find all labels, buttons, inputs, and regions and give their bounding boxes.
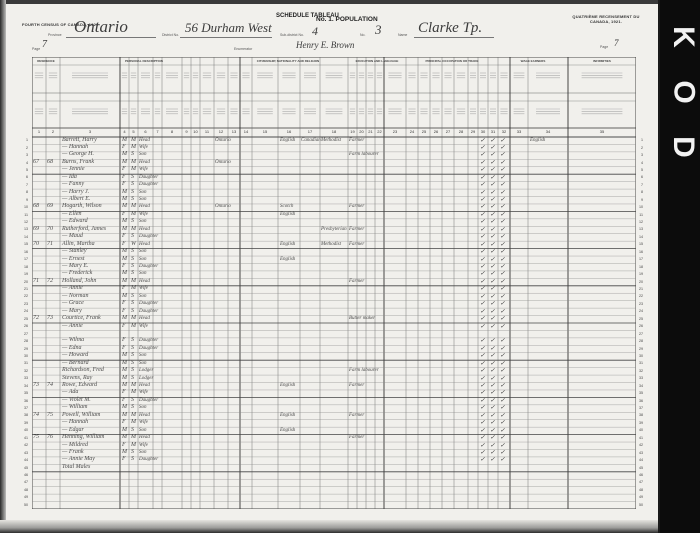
census-page: FOURTH CENSUS OF CANADA, 1921. Province …	[0, 0, 658, 533]
relationship: Son	[139, 151, 147, 158]
municipality-underline	[414, 37, 494, 38]
education-check-mark: ✓	[480, 382, 485, 389]
education-check-mark: ✓	[490, 419, 495, 426]
occupation: Farmer	[349, 278, 364, 285]
marital-status: S	[131, 300, 134, 307]
row-number: 19	[18, 272, 28, 276]
row-number: 38	[633, 413, 643, 417]
relationship: Daughter	[139, 337, 158, 344]
racial-origin: English	[280, 412, 295, 419]
education-check-mark: ✓	[500, 263, 505, 270]
row-number: 40	[18, 428, 28, 432]
column-number: 22	[373, 129, 387, 134]
row-number: 39	[18, 421, 28, 425]
family-number: 68	[47, 159, 53, 166]
section-heading: CITIZENSHIP, NATIONALITY AND RELIGION	[228, 59, 348, 63]
marital-status: M	[131, 226, 136, 233]
education-check-mark: ✓	[500, 300, 505, 307]
education-check-mark: ✓	[480, 442, 485, 449]
column-number: 34	[541, 129, 555, 134]
row-number: 1	[633, 138, 643, 142]
row-number: 17	[18, 257, 28, 261]
education-check-mark: ✓	[480, 241, 485, 248]
education-check-mark: ✓	[490, 285, 495, 292]
education-check-mark: ✓	[500, 375, 505, 382]
marital-status: M	[131, 285, 136, 292]
row-number: 29	[18, 347, 28, 351]
row-number: 7	[633, 183, 643, 187]
education-check-mark: ✓	[490, 397, 495, 404]
row-number: 24	[18, 309, 28, 313]
sex: F	[122, 337, 126, 344]
person-name: Burns, Frank	[62, 159, 94, 166]
marital-status: S	[131, 352, 134, 359]
row-number: 34	[18, 384, 28, 388]
scan-edge-left	[0, 0, 6, 533]
education-check-mark: ✓	[490, 456, 495, 463]
district-label: District No.	[162, 33, 179, 37]
occupation: Farmer	[349, 137, 364, 144]
person-name: — Violet M.	[62, 397, 91, 404]
row-number: 9	[18, 198, 28, 202]
row-number: 11	[18, 213, 28, 217]
sex: F	[122, 233, 126, 240]
birthplace: Ontario	[215, 203, 231, 210]
column-number: 15	[258, 129, 272, 134]
education-check-mark: ✓	[480, 419, 485, 426]
education-check-mark: ✓	[480, 233, 485, 240]
sex: F	[122, 285, 126, 292]
row-number: 48	[18, 488, 28, 492]
sex: M	[122, 375, 127, 382]
education-check-mark: ✓	[500, 315, 505, 322]
education-check-mark: ✓	[500, 449, 505, 456]
sex: M	[122, 248, 127, 255]
person-name: — Edward	[62, 218, 88, 225]
education-check-mark: ✓	[480, 367, 485, 374]
education-check-mark: ✓	[500, 159, 505, 166]
person-name: Courtice, Frank	[62, 315, 101, 322]
person-name: — Mary E.	[62, 263, 89, 270]
person-name: — Norman	[62, 293, 89, 300]
sex: M	[122, 137, 127, 144]
education-check-mark: ✓	[490, 174, 495, 181]
row-number: 28	[18, 339, 28, 343]
family-number: 73	[47, 315, 53, 322]
municipality-label: Name	[398, 33, 407, 37]
language: English	[530, 137, 545, 144]
marital-status: W	[131, 241, 136, 248]
marital-status: M	[131, 382, 136, 389]
education-check-mark: ✓	[480, 337, 485, 344]
marital-status: S	[131, 375, 134, 382]
education-check-mark: ✓	[490, 352, 495, 359]
marital-status: S	[131, 189, 134, 196]
row-number: 37	[633, 406, 643, 410]
sex: M	[122, 151, 127, 158]
relationship: Lodger	[139, 367, 153, 374]
education-check-mark: ✓	[480, 427, 485, 434]
row-number: 25	[18, 317, 28, 321]
row-number: 33	[633, 376, 643, 380]
relationship: Daughter	[139, 233, 158, 240]
row-number: 4	[18, 161, 28, 165]
person-name: — Annie	[62, 285, 83, 292]
education-check-mark: ✓	[500, 434, 505, 441]
relationship: Head	[139, 137, 150, 144]
row-number: 13	[18, 227, 28, 231]
enumeration-value: 3	[375, 22, 382, 38]
section-heading: WAGE EARNERS	[498, 59, 568, 63]
education-check-mark: ✓	[500, 419, 505, 426]
marital-status: S	[131, 218, 134, 225]
person-name: — Edgar	[62, 427, 84, 434]
education-check-mark: ✓	[490, 404, 495, 411]
education-check-mark: ✓	[500, 218, 505, 225]
education-check-mark: ✓	[500, 285, 505, 292]
education-check-mark: ✓	[500, 345, 505, 352]
education-check-mark: ✓	[500, 256, 505, 263]
marital-status: S	[131, 196, 134, 203]
education-check-mark: ✓	[480, 375, 485, 382]
row-number: 12	[18, 220, 28, 224]
relationship: Son	[139, 293, 147, 300]
row-number: 13	[633, 227, 643, 231]
education-check-mark: ✓	[480, 300, 485, 307]
education-check-mark: ✓	[490, 449, 495, 456]
religion: Methodist	[321, 241, 341, 248]
marital-status: S	[131, 308, 134, 315]
person-name: — Hannah	[62, 419, 88, 426]
education-check-mark: ✓	[500, 367, 505, 374]
province-value: Ontario	[74, 17, 128, 37]
relationship: Son	[139, 256, 147, 263]
row-number: 4	[633, 161, 643, 165]
marital-status: M	[131, 323, 136, 330]
row-number: 21	[633, 287, 643, 291]
row-number: 46	[18, 473, 28, 477]
racial-origin: English	[280, 256, 295, 263]
person-name: Barrett, Harry	[62, 137, 97, 144]
education-check-mark: ✓	[480, 456, 485, 463]
row-number: 28	[633, 339, 643, 343]
dwelling-number: 69	[33, 226, 39, 233]
sex: F	[122, 389, 126, 396]
sex: M	[122, 315, 127, 322]
row-number: 15	[18, 242, 28, 246]
sex: F	[122, 211, 126, 218]
row-number: 45	[18, 466, 28, 470]
racial-origin: English	[280, 137, 295, 144]
sex: F	[122, 174, 126, 181]
district-underline	[180, 37, 272, 38]
education-check-mark: ✓	[490, 203, 495, 210]
education-check-mark: ✓	[480, 166, 485, 173]
dwelling-number: 68	[33, 203, 39, 210]
sex: M	[122, 196, 127, 203]
education-check-mark: ✓	[490, 337, 495, 344]
province-underline	[66, 37, 156, 38]
person-name: Stevens, Ray	[62, 375, 92, 382]
birthplace: Ontario	[215, 137, 231, 144]
row-number: 9	[633, 198, 643, 202]
row-number: 2	[18, 146, 28, 150]
person-name: Henning, William	[62, 434, 104, 441]
sex: M	[122, 189, 127, 196]
sex: M	[122, 293, 127, 300]
section-heading: PRINCIPAL OCCUPATION OR TRADE	[406, 59, 498, 63]
person-name: — Grace	[62, 300, 84, 307]
row-number: 1	[18, 138, 28, 142]
person-name: — Ernest	[62, 256, 85, 263]
education-check-mark: ✓	[480, 248, 485, 255]
section-heading: PERSONAL DESCRIPTION	[60, 59, 228, 63]
person-name: — George H.	[62, 151, 94, 158]
scan-edge-top	[0, 0, 658, 4]
row-number: 27	[633, 332, 643, 336]
person-name: — Harry J.	[62, 189, 89, 196]
education-check-mark: ✓	[480, 174, 485, 181]
education-check-mark: ✓	[500, 397, 505, 404]
watermark-letter: O	[667, 80, 700, 103]
education-check-mark: ✓	[500, 308, 505, 315]
person-name: — Mildred	[62, 442, 88, 449]
marital-status: S	[131, 397, 134, 404]
education-check-mark: ✓	[490, 189, 495, 196]
education-check-mark: ✓	[480, 181, 485, 188]
watermark-letter: K	[666, 26, 700, 48]
district-value: 56 Durham West	[185, 20, 272, 36]
relationship: Son	[139, 404, 147, 411]
sex: M	[122, 203, 127, 210]
person-name: Rowe, Edward	[62, 382, 97, 389]
watermark-letter: D	[666, 136, 700, 158]
relationship: Daughter	[139, 263, 158, 270]
person-name: Richardson, Fred	[62, 367, 104, 374]
row-number: 8	[18, 190, 28, 194]
education-check-mark: ✓	[500, 270, 505, 277]
relationship: Son	[139, 427, 147, 434]
enumerator-label: Enumerator	[234, 47, 252, 51]
education-check-mark: ✓	[490, 389, 495, 396]
section-heading: RESIDENCE	[32, 59, 60, 63]
education-check-mark: ✓	[480, 196, 485, 203]
column-number: 32	[497, 129, 511, 134]
education-check-mark: ✓	[480, 389, 485, 396]
row-number: 23	[633, 302, 643, 306]
relationship: Head	[139, 159, 150, 166]
column-number: 14	[239, 129, 253, 134]
person-name: Rutherford, James	[62, 226, 106, 233]
column-number: 17	[303, 129, 317, 134]
column-number: 11	[200, 129, 214, 134]
education-check-mark: ✓	[490, 263, 495, 270]
education-check-mark: ✓	[480, 308, 485, 315]
sex: F	[122, 442, 126, 449]
sex: F	[122, 241, 126, 248]
row-number: 44	[18, 458, 28, 462]
education-check-mark: ✓	[500, 360, 505, 367]
row-number: 49	[633, 495, 643, 499]
education-check-mark: ✓	[490, 181, 495, 188]
education-check-mark: ✓	[490, 144, 495, 151]
education-check-mark: ✓	[480, 360, 485, 367]
sex: F	[122, 419, 126, 426]
education-check-mark: ✓	[490, 241, 495, 248]
occupation: Farmer	[349, 434, 364, 441]
enumerator-value: Henry E. Brown	[296, 40, 354, 50]
column-number: 7	[151, 129, 165, 134]
marital-status: M	[131, 166, 136, 173]
row-number: 21	[18, 287, 28, 291]
occupation: Farmer	[349, 226, 364, 233]
row-number: 2	[633, 146, 643, 150]
education-check-mark: ✓	[500, 203, 505, 210]
row-number: 41	[18, 436, 28, 440]
marital-status: S	[131, 233, 134, 240]
education-check-mark: ✓	[500, 456, 505, 463]
education-check-mark: ✓	[480, 189, 485, 196]
column-number: 18	[327, 129, 341, 134]
relationship: Son	[139, 270, 147, 277]
relationship: Head	[139, 315, 150, 322]
relationship: Daughter	[139, 308, 158, 315]
relationship: Wife	[139, 144, 148, 151]
marital-status: M	[131, 419, 136, 426]
education-check-mark: ✓	[490, 233, 495, 240]
marital-status: M	[131, 278, 136, 285]
page-value-right: 7	[614, 38, 619, 48]
row-number: 36	[18, 399, 28, 403]
occupation: Farmer	[349, 382, 364, 389]
column-number: 2	[46, 129, 60, 134]
sex: M	[122, 449, 127, 456]
marital-status: M	[131, 144, 136, 151]
marital-status: S	[131, 151, 134, 158]
row-number: 26	[633, 324, 643, 328]
relationship: Lodger	[139, 375, 153, 382]
education-check-mark: ✓	[480, 211, 485, 218]
row-number: 17	[633, 257, 643, 261]
sex: M	[122, 367, 127, 374]
education-check-mark: ✓	[480, 278, 485, 285]
education-check-mark: ✓	[490, 218, 495, 225]
row-number: 14	[633, 235, 643, 239]
person-name: — Howard	[62, 352, 88, 359]
marital-status: S	[131, 367, 134, 374]
education-check-mark: ✓	[490, 278, 495, 285]
column-number: 35	[595, 129, 609, 134]
row-number: 5	[633, 168, 643, 172]
relationship: Son	[139, 352, 147, 359]
marital-status: S	[131, 360, 134, 367]
marital-status: S	[131, 449, 134, 456]
person-name: — Frank	[62, 449, 84, 456]
education-check-mark: ✓	[500, 404, 505, 411]
row-number: 6	[18, 175, 28, 179]
education-check-mark: ✓	[490, 375, 495, 382]
column-number: 3	[83, 129, 97, 134]
sex: M	[122, 360, 127, 367]
row-number: 22	[18, 294, 28, 298]
column-number: 1	[32, 129, 46, 134]
education-check-mark: ✓	[500, 174, 505, 181]
row-number: 39	[633, 421, 643, 425]
education-check-mark: ✓	[480, 270, 485, 277]
row-number: 32	[18, 369, 28, 373]
marital-status: S	[131, 427, 134, 434]
enumeration-label: No.	[360, 33, 365, 37]
education-check-mark: ✓	[480, 293, 485, 300]
marital-status: S	[131, 256, 134, 263]
marital-status: M	[131, 389, 136, 396]
marital-status: M	[131, 412, 136, 419]
row-number: 36	[633, 399, 643, 403]
row-number: 7	[18, 183, 28, 187]
person-name: — William	[62, 404, 88, 411]
person-name: — Annie	[62, 323, 83, 330]
occupation: Farmer	[349, 203, 364, 210]
education-check-mark: ✓	[500, 233, 505, 240]
relationship: Son	[139, 189, 147, 196]
education-check-mark: ✓	[480, 159, 485, 166]
row-number: 47	[633, 480, 643, 484]
education-check-mark: ✓	[480, 203, 485, 210]
person-name: — Ada	[62, 389, 78, 396]
occupation: Farmer	[349, 241, 364, 248]
row-number: 10	[18, 205, 28, 209]
row-number: 10	[633, 205, 643, 209]
row-number: 38	[18, 413, 28, 417]
row-number: 16	[18, 250, 28, 254]
education-check-mark: ✓	[480, 397, 485, 404]
row-number: 16	[633, 250, 643, 254]
person-name: — Hannah	[62, 144, 88, 151]
racial-origin: English	[280, 427, 295, 434]
sex: M	[122, 218, 127, 225]
header-right-title: QUATRIÈME RECENSEMENT DU CANADA, 1921.	[566, 14, 646, 24]
row-number: 33	[18, 376, 28, 380]
education-check-mark: ✓	[480, 226, 485, 233]
row-number: 14	[18, 235, 28, 239]
person-name: — Frederick	[62, 270, 92, 277]
religion: Presbyterian	[321, 226, 347, 233]
sex: F	[122, 144, 126, 151]
education-check-mark: ✓	[500, 352, 505, 359]
education-check-mark: ✓	[490, 256, 495, 263]
occupation: Farmer	[349, 412, 364, 419]
section-heading: EDUCATION AND LANGUAGE	[348, 59, 406, 63]
relationship: Son	[139, 248, 147, 255]
marital-status: S	[131, 263, 134, 270]
education-check-mark: ✓	[500, 166, 505, 173]
row-number: 47	[18, 480, 28, 484]
row-number: 34	[633, 384, 643, 388]
family-number: 75	[47, 412, 53, 419]
person-name: — Albert E.	[62, 196, 90, 203]
sex: M	[122, 404, 127, 411]
education-check-mark: ✓	[490, 151, 495, 158]
education-check-mark: ✓	[490, 382, 495, 389]
row-number: 19	[633, 272, 643, 276]
education-check-mark: ✓	[490, 315, 495, 322]
row-number: 50	[18, 503, 28, 507]
sex: F	[122, 308, 126, 315]
column-number: 12	[214, 129, 228, 134]
marital-status: M	[131, 442, 136, 449]
religion: Methodist	[321, 137, 341, 144]
row-number: 42	[633, 443, 643, 447]
